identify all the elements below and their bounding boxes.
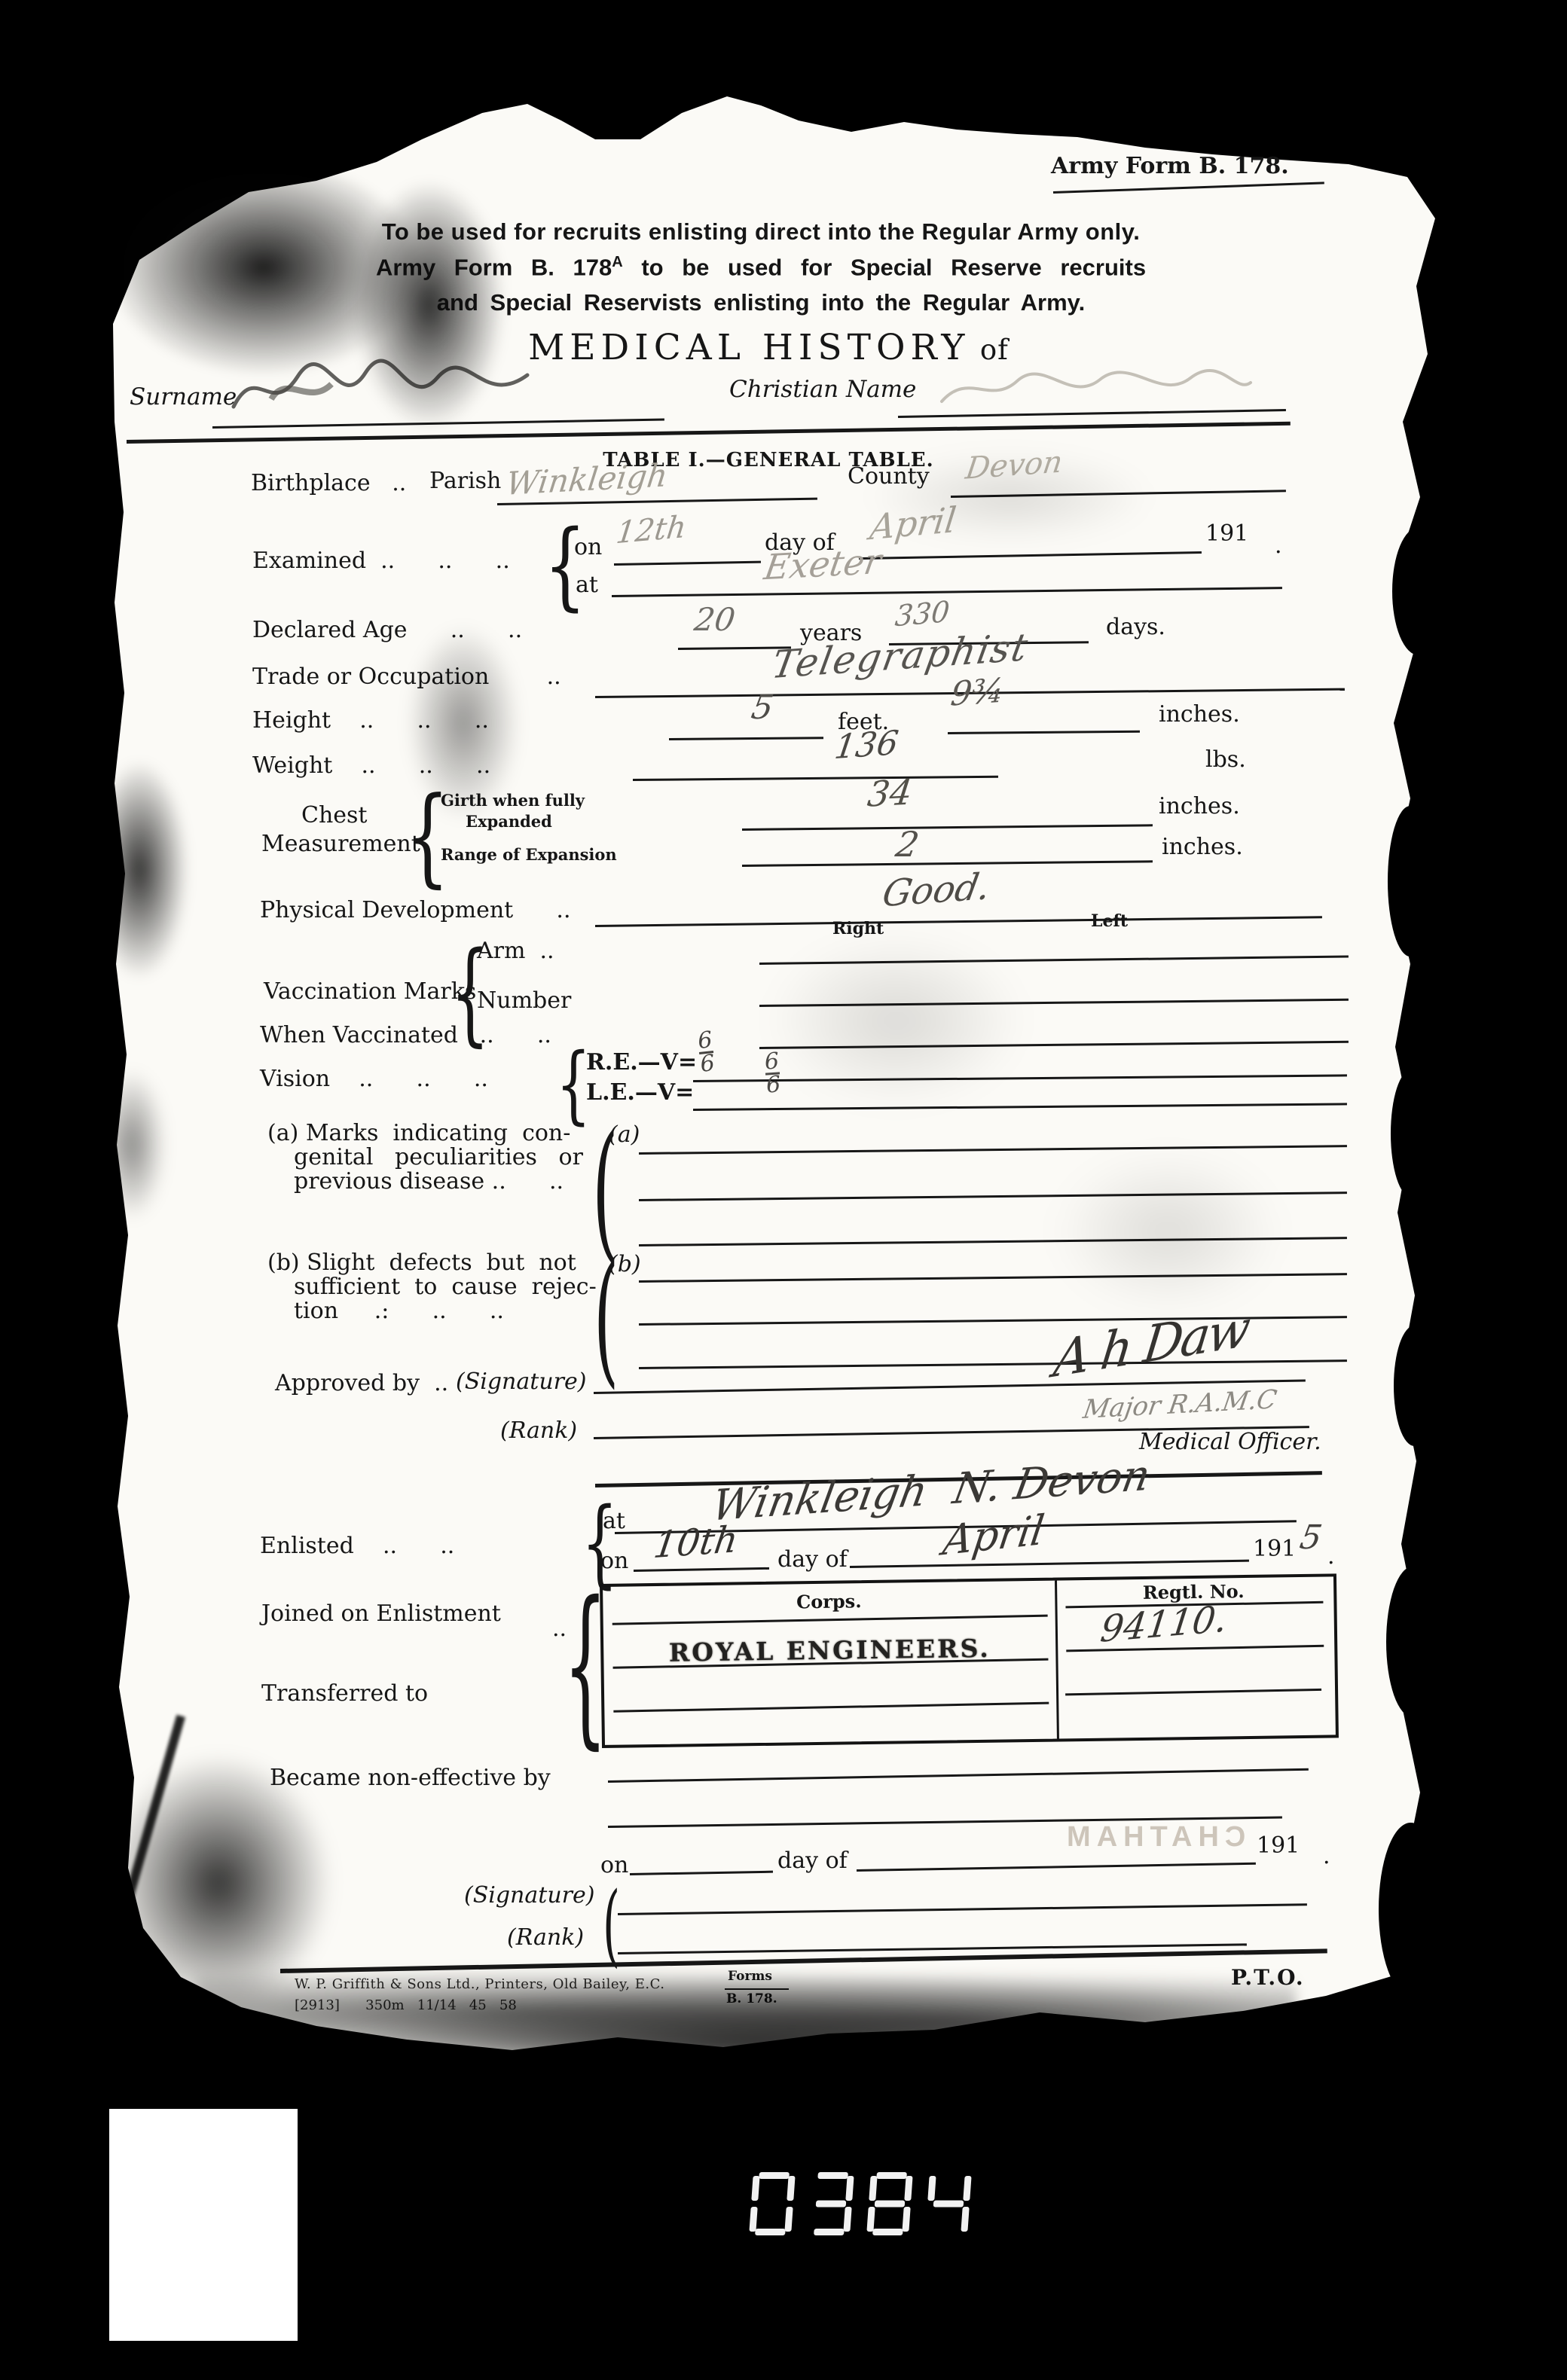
corps-empty-line — [613, 1702, 1049, 1713]
footer-period: . — [1323, 1845, 1330, 1868]
print-run-line: [2913] 350m 11/14 45 58 — [295, 1999, 517, 2012]
archive-stamp-digits — [747, 2171, 973, 2237]
surname-label: Surname — [130, 386, 237, 409]
surname-handwriting — [226, 354, 542, 422]
torn-edge-bite-5 — [1386, 1567, 1439, 1717]
seven-segment-digit — [924, 2171, 973, 2237]
marks-b-label-3: tion .: .. .. — [294, 1300, 504, 1323]
seven-segment-digit — [865, 2171, 915, 2237]
notice-superscript-a: A — [612, 254, 622, 270]
marks-a-tag: (a) — [609, 1124, 640, 1146]
examined-year: 191 — [1205, 523, 1248, 545]
printer-imprint: W. P. Griffith & Sons Ltd., Printers, Ol… — [295, 1978, 664, 1991]
birthplace-label: Birthplace .. — [251, 472, 406, 495]
footer-signature-paren: ( — [603, 1880, 620, 1969]
forms-number: B. 178. — [726, 1993, 777, 2006]
vision-label: Vision .. .. .. — [260, 1068, 488, 1091]
vision-re-label: R.E.—V= — [586, 1051, 697, 1074]
footer-rank-label: (Rank) — [507, 1927, 584, 1949]
girth-value: 34 — [866, 774, 914, 811]
enlisted-day-value: 10th — [652, 1521, 741, 1564]
calibration-card — [109, 2109, 298, 2341]
vaccination-marks-label: Vaccination Marks — [264, 981, 476, 1003]
weight-label: Weight .. .. .. — [252, 755, 490, 777]
marks-a-label-2: genital peculiarities or — [294, 1146, 583, 1169]
weight-value: 136 — [832, 727, 900, 764]
declared-age-label: Declared Age .. .. — [252, 619, 522, 642]
seven-segment-digit — [806, 2171, 856, 2237]
notice-line-2: Army Form B. 178A to be used for Special… — [203, 255, 1318, 279]
when-vaccinated-label: When Vaccinated .. .. — [260, 1024, 551, 1047]
christian-name-handwriting — [934, 360, 1258, 413]
footer-year: 191 — [1257, 1835, 1300, 1857]
christian-name-label: Christian Name — [729, 378, 916, 401]
number-label: Number — [477, 990, 571, 1012]
approved-signature-label: (Signature) — [456, 1371, 586, 1393]
approved-by-label: Approved by .. — [275, 1372, 448, 1395]
marks-b-label-1: (b) Slight defects but not — [267, 1252, 576, 1274]
torn-edge-bite-4 — [1394, 1326, 1435, 1446]
corps-header-line — [612, 1615, 1048, 1625]
enlisted-year: 191 — [1253, 1538, 1296, 1561]
scanned-document: Army Form B. 178. To be used for recruit… — [0, 0, 1567, 2380]
range-inches-label: inches. — [1162, 836, 1243, 859]
examined-label: Examined .. .. .. — [252, 550, 510, 572]
joined-on-enlistment-label: Joined on Enlistment — [261, 1603, 501, 1625]
joined-dots: .. — [552, 1618, 567, 1640]
parish-label: Parish — [429, 470, 501, 493]
marks-b-label-2: sufficient to cause rejec- — [294, 1276, 597, 1298]
torn-edge-bite-3 — [1391, 1069, 1432, 1198]
chest-label-2: Measurement — [261, 833, 420, 856]
medical-officer-label: Medical Officer. — [1139, 1431, 1321, 1454]
footer-dayof-label: day of — [777, 1850, 848, 1872]
torn-edge-bite-1 — [1392, 527, 1445, 655]
forms-rule — [725, 1988, 789, 1990]
regtl-no-value: 94110. — [1098, 1600, 1229, 1648]
corps-header: Corps. — [603, 1590, 1055, 1614]
marks-a-label-3: previous disease .. .. — [294, 1170, 564, 1193]
regtl-empty-line — [1065, 1689, 1321, 1696]
pto-label: P.T.O. — [1231, 1967, 1305, 1988]
enlisted-label: Enlisted .. .. — [260, 1535, 454, 1558]
enlisted-period: . — [1327, 1545, 1335, 1568]
height-inches-value: 9¾ — [949, 674, 1006, 711]
chest-label-1: Chest — [301, 804, 367, 827]
rank-label: (Rank) — [500, 1420, 577, 1442]
height-inches-label: inches. — [1159, 703, 1240, 726]
chatham-bleedthrough-stamp: CHATHAM — [1061, 1823, 1245, 1851]
table-title: TABLE I.—GENERAL TABLE. — [218, 450, 1318, 470]
days-label: days. — [1106, 616, 1165, 639]
enlisted-dayof-label: day of — [777, 1549, 848, 1571]
marks-b-tag: (b) — [609, 1253, 641, 1276]
marks-a-label-1: (a) Marks indicating con- — [267, 1122, 570, 1145]
examined-month-value: April — [868, 502, 958, 545]
vision-le-value: 66 — [764, 1051, 781, 1095]
girth-inches-label: inches. — [1159, 795, 1240, 818]
vision-le-label: L.E.—V= — [586, 1082, 694, 1104]
examined-at-label: at — [576, 574, 598, 597]
enlisted-at-label: at — [603, 1510, 625, 1533]
trade-label: Trade or Occupation .. — [252, 666, 561, 688]
re-denominator: 6 — [699, 1053, 716, 1075]
physical-value: Good. — [880, 868, 993, 913]
county-label: County — [848, 465, 930, 488]
height-label: Height .. .. .. — [252, 709, 489, 732]
forms-word: Forms — [728, 1970, 772, 1983]
examined-place-value: Exeter — [762, 544, 884, 585]
torn-edge-bite-6 — [1379, 1823, 1443, 1996]
non-effective-label: Became non-effective by — [270, 1767, 551, 1790]
age-years-value: 20 — [692, 604, 737, 636]
footer-signature-label: (Signature) — [464, 1884, 594, 1907]
parish-value: Winkleigh — [505, 459, 670, 500]
county-value: Devon — [964, 447, 1065, 484]
range-label: Range of Expansion — [441, 847, 617, 862]
corps-regtl-table: Corps. Regtl. No. ROYAL ENGINEERS. 94110… — [600, 1573, 1339, 1748]
examined-on-label: on — [574, 536, 602, 559]
physical-label: Physical Development .. — [260, 899, 571, 922]
torn-edge-bite-2 — [1388, 806, 1433, 957]
girth-label-2: Expanded — [466, 813, 552, 829]
examined-brace: { — [544, 518, 586, 613]
girth-label-1: Girth when fully — [441, 792, 585, 808]
notice-line-3: and Special Reservists enlisting into th… — [203, 291, 1318, 314]
notice-line-2-rest: to be used for Special Reserve recruits — [623, 254, 1146, 280]
page-title-main: MEDICAL HISTORY — [528, 327, 970, 368]
examined-day-value: 12th — [615, 512, 688, 549]
left-column-label: Left — [1091, 913, 1128, 929]
notice-line-1: To be used for recruits enlisting direct… — [203, 220, 1318, 243]
enlisted-month-value: April — [940, 1509, 1046, 1561]
seven-segment-digit — [747, 2171, 797, 2237]
examined-period: . — [1275, 535, 1282, 557]
lbs-label: lbs. — [1205, 749, 1246, 771]
le-denominator: 6 — [765, 1074, 781, 1096]
age-days-value: 330 — [893, 597, 951, 631]
transferred-to-label: Transferred to — [261, 1683, 428, 1705]
right-column-label: Right — [832, 920, 884, 937]
form-number: Army Form B. 178. — [1051, 155, 1289, 178]
notice-line-2-text: Army Form B. 178 — [376, 254, 612, 280]
